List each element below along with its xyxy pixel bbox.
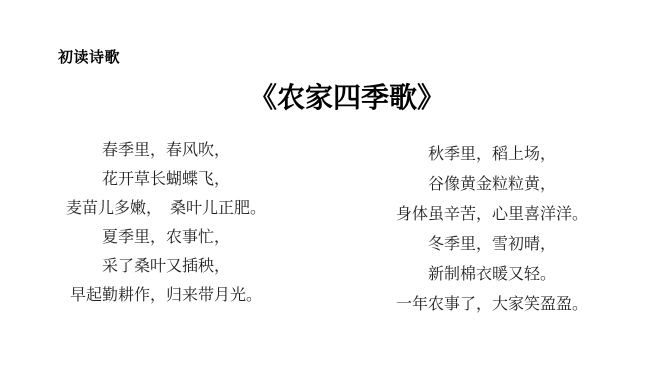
poem-line: 身体虽辛苦，心里喜洋洋。 [372,200,612,230]
poem-line: 新制棉衣暖又轻。 [372,260,612,290]
poem-line: 一年农事了，大家笑盈盈。 [372,290,612,320]
poem-title: 《农家四季歌》 [249,80,445,116]
poem-line: 冬季里，雪初晴， [372,230,612,260]
section-label: 初读诗歌 [58,49,120,67]
poem-right-column: 秋季里，稻上场， 谷像黄金粒粒黄， 身体虽辛苦，心里喜洋洋。 冬季里，雪初晴， … [372,140,612,320]
poem-line: 花开草长蝴蝶飞， [46,165,286,194]
poem-line: 采了桑叶又插秧， [46,252,286,281]
poem-line: 麦苗儿多嫩， 桑叶儿正肥。 [46,194,286,223]
slide: 初读诗歌 《农家四季歌》 春季里，春风吹， 花开草长蝴蝶飞， 麦苗儿多嫩， 桑叶… [0,0,668,376]
poem-line: 秋季里，稻上场， [372,140,612,170]
poem-line: 谷像黄金粒粒黄， [372,170,612,200]
poem-line: 春季里，春风吹， [46,136,286,165]
poem-left-column: 春季里，春风吹， 花开草长蝴蝶飞， 麦苗儿多嫩， 桑叶儿正肥。 夏季里，农事忙，… [46,136,286,310]
poem-line: 夏季里，农事忙， [46,223,286,252]
poem-line: 早起勤耕作，归来带月光。 [46,281,286,310]
